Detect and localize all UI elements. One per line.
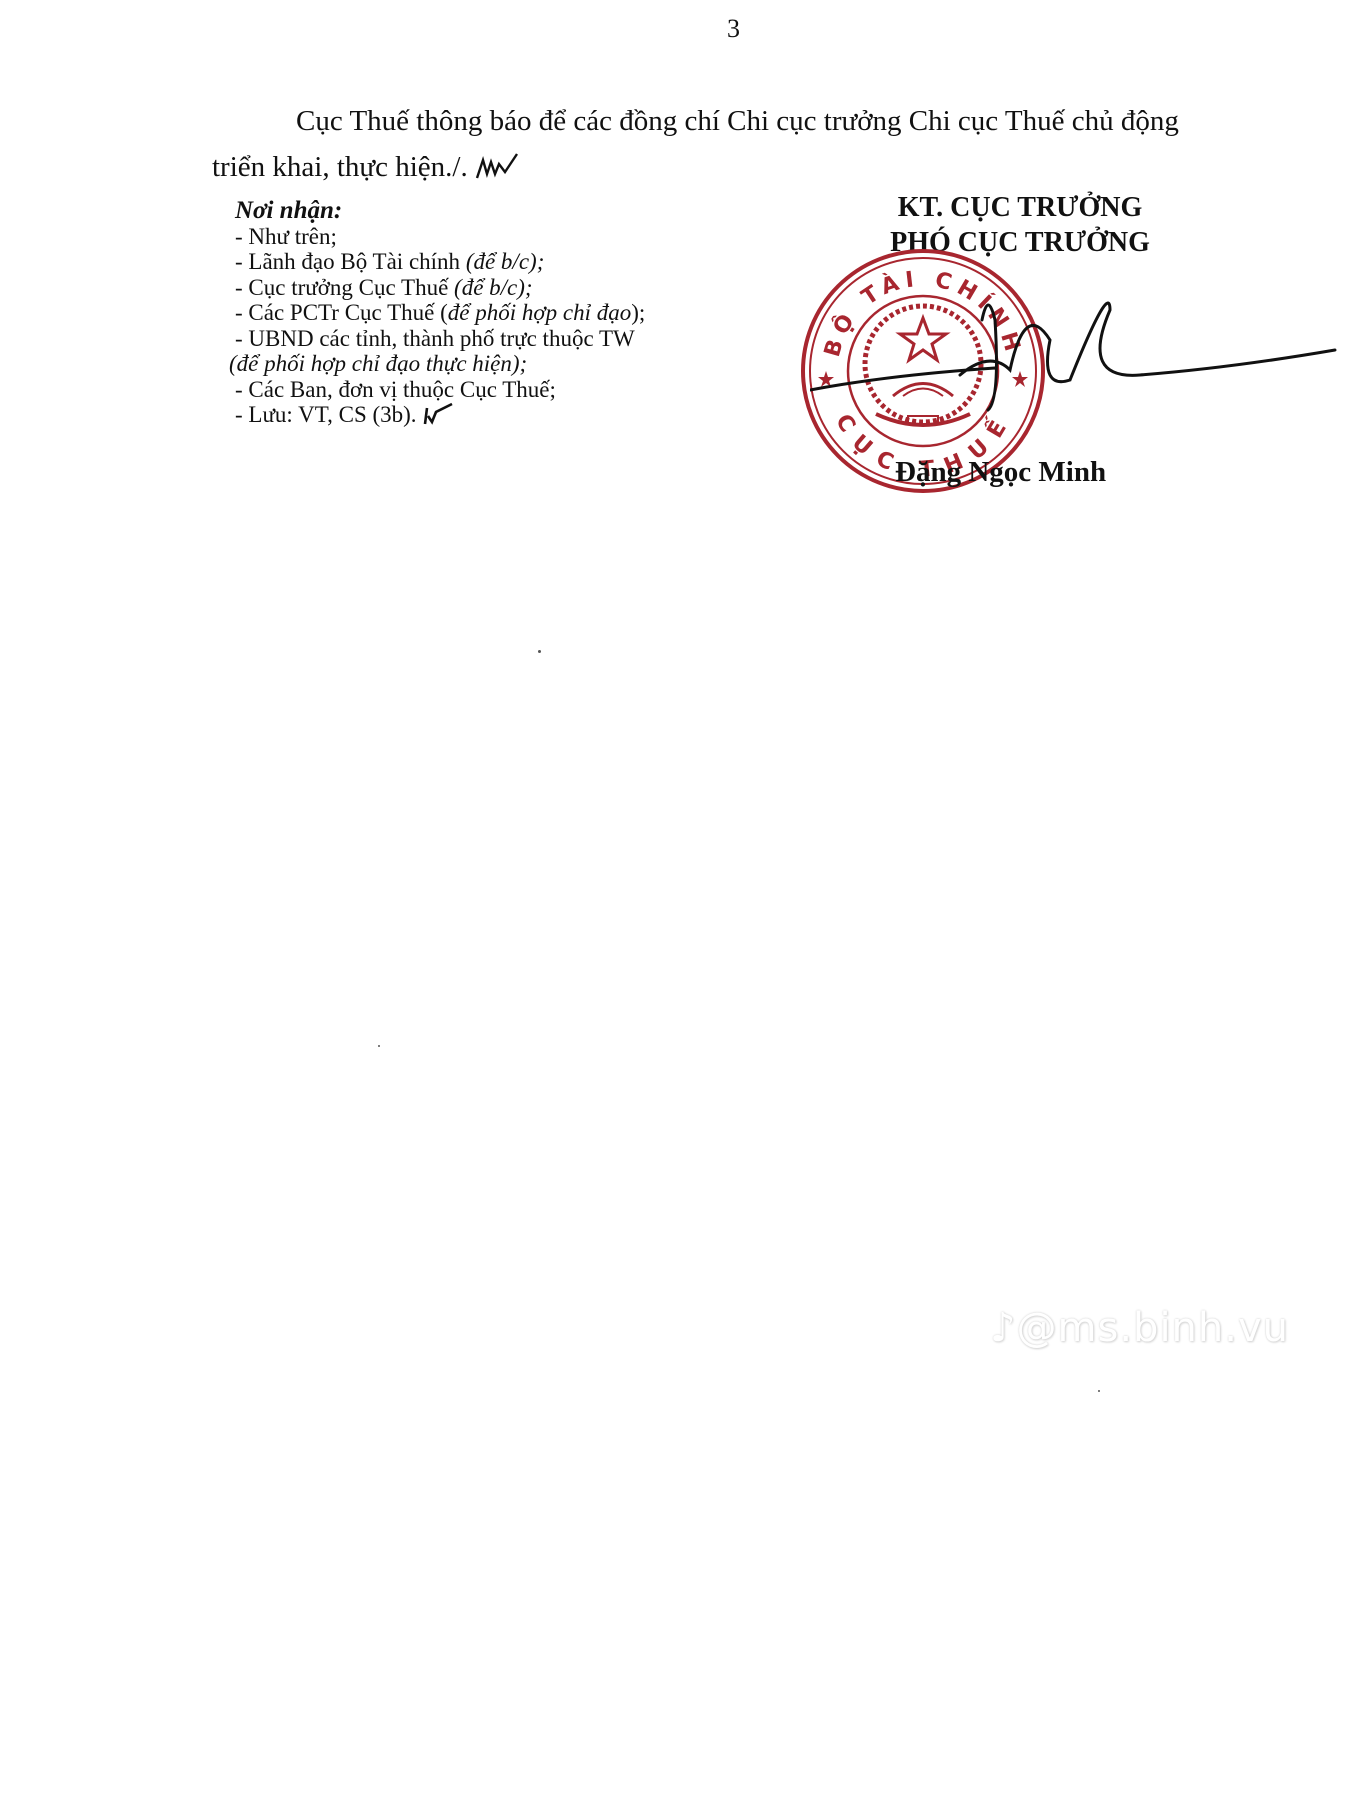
recipient-note: (để phối hợp chỉ đạo thực hiện); (229, 351, 527, 376)
handwritten-signature-icon (810, 280, 1340, 420)
recipient-item: - Lãnh đạo Bộ Tài chính (để b/c); (235, 249, 645, 275)
check-initial-icon (422, 402, 454, 426)
recipients-block: Nơi nhận: - Như trên; - Lãnh đạo Bộ Tài … (235, 198, 645, 428)
recipient-item: - Như trên; (235, 224, 645, 250)
watermark-text: @ms.binh.vu (1017, 1305, 1289, 1351)
recipient-text: - Các PCTr Cục Thuế ( (235, 300, 448, 325)
signer-title-line-1: KT. CỤC TRƯỞNG (840, 190, 1200, 225)
recipient-text: - Lãnh đạo Bộ Tài chính (235, 249, 466, 274)
closing-line-1: Cục Thuế thông báo để các đồng chí Chi c… (296, 105, 1179, 137)
recipient-note: (để b/c); (466, 249, 545, 274)
recipient-text: - Các Ban, đơn vị thuộc Cục Thuế; (235, 377, 556, 402)
signer-name: Đặng Ngọc Minh (895, 456, 1106, 489)
scan-speck (378, 1045, 380, 1047)
recipient-text: - UBND các tỉnh, thành phố trực thuộc TW (235, 326, 635, 351)
recipient-item: - Cục trưởng Cục Thuế (để b/c); (235, 275, 645, 301)
recipients-title: Nơi nhận: (235, 198, 645, 224)
recipient-item: - Lưu: VT, CS (3b). (235, 402, 645, 428)
watermark: ♪@ms.binh.vu (990, 1305, 1289, 1351)
page-number: 3 (727, 14, 740, 44)
scan-speck (538, 650, 541, 653)
tiktok-icon: ♪ (990, 1305, 1017, 1351)
recipient-text: - Như trên; (235, 224, 337, 249)
scan-speck (1098, 1390, 1100, 1392)
recipient-item: (để phối hợp chỉ đạo thực hiện); (229, 351, 645, 377)
recipient-text: - Lưu: VT, CS (3b). (235, 402, 417, 427)
recipient-note: để phối hợp chỉ đạo (448, 300, 631, 325)
recipient-suffix: ); (631, 300, 645, 325)
closing-line-2: triển khai, thực hiện./. (212, 151, 468, 183)
recipient-item: - UBND các tỉnh, thành phố trực thuộc TW (235, 326, 645, 352)
recipient-note: (để b/c); (454, 275, 533, 300)
recipient-item: - Các PCTr Cục Thuế (để phối hợp chỉ đạo… (235, 300, 645, 326)
recipient-item: - Các Ban, đơn vị thuộc Cục Thuế; (235, 377, 645, 403)
initials-mark-icon (475, 152, 519, 180)
closing-paragraph: Cục Thuế thông báo để các đồng chí Chi c… (212, 98, 1272, 190)
recipient-text: - Cục trưởng Cục Thuế (235, 275, 454, 300)
